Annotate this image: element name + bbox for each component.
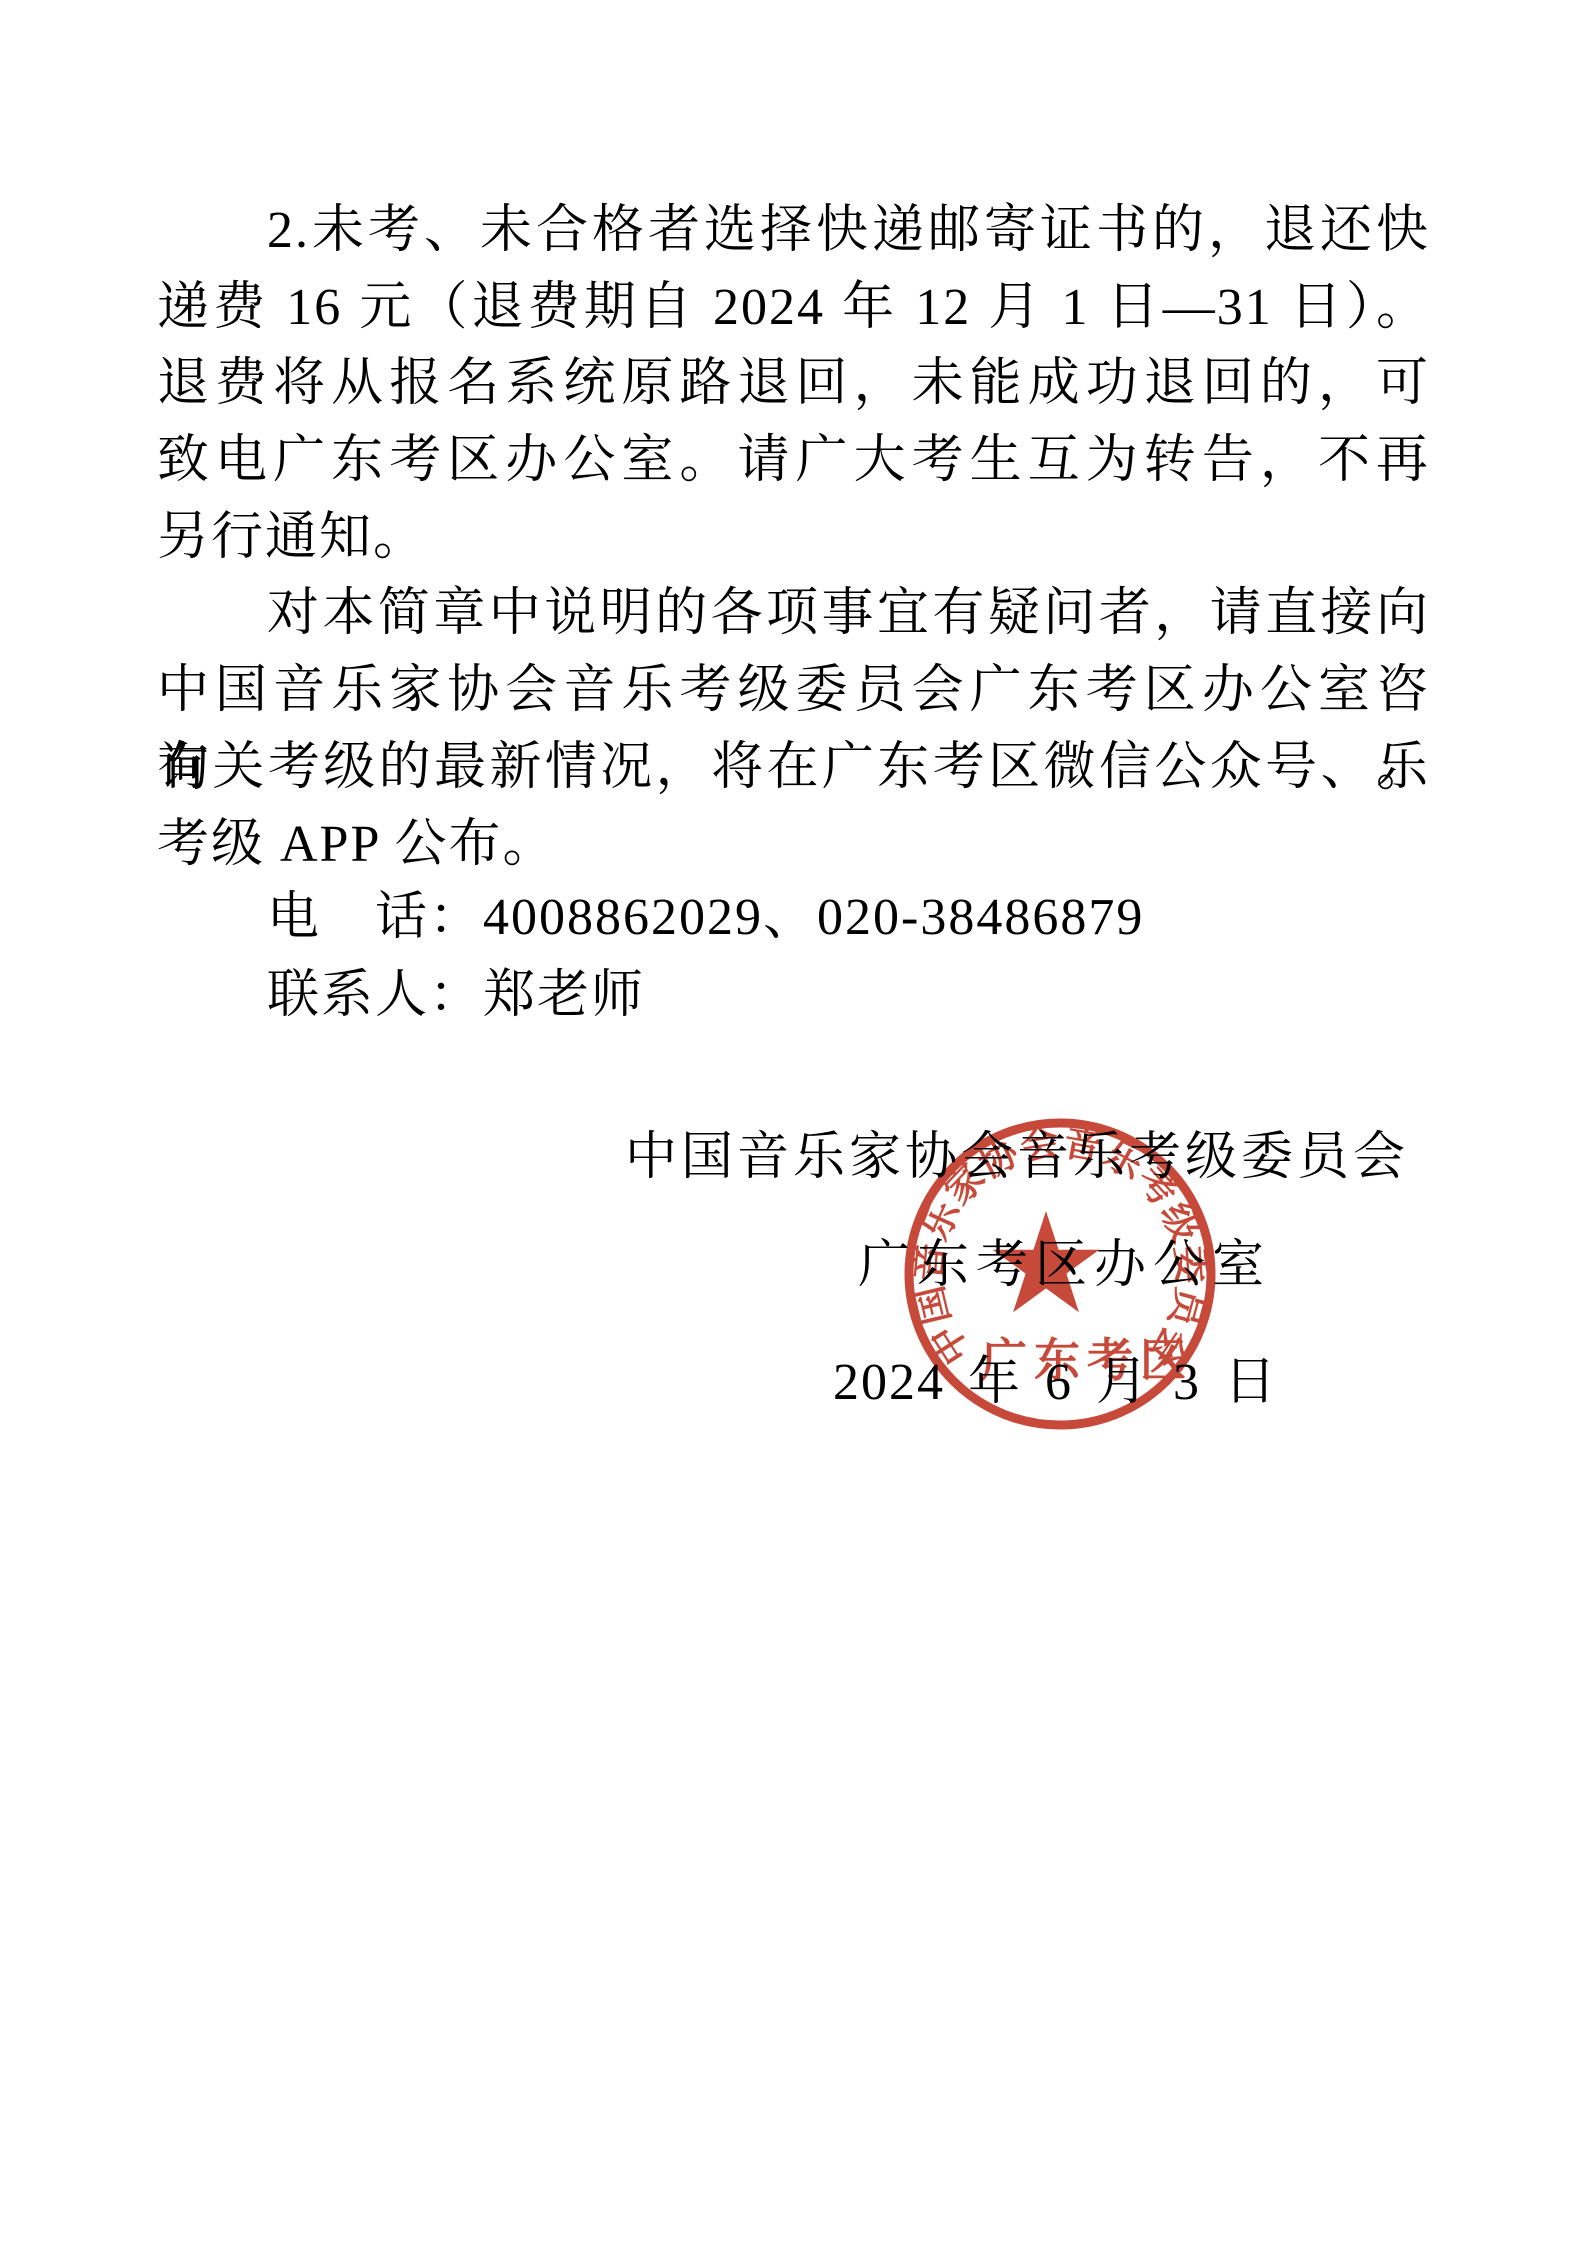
phone-line: 电 话：4008862029、020-38486879	[267, 879, 1144, 957]
body-line-9: 考级 APP 公布。	[157, 806, 1430, 884]
body-line-8: 有关考级的最新情况，将在广东考区微信公众号、乐	[157, 729, 1430, 807]
seal-bottom-text: 广东考区	[981, 1334, 1193, 1386]
official-seal: 中国音乐家协会音乐考级委员会 广东考区	[890, 1104, 1230, 1444]
body-line-2: 递费 16 元（退费期自 2024 年 12 月 1 日—31 日）。	[157, 269, 1430, 347]
seal-star-icon	[993, 1211, 1100, 1312]
document-page: 2.未考、未合格者选择快递邮寄证书的，退还快 递费 16 元（退费期自 2024…	[0, 0, 1587, 2245]
body-line-5: 另行通知。	[157, 499, 1430, 577]
body-line-3: 退费将从报名系统原路退回，未能成功退回的，可	[157, 345, 1430, 423]
body-line-1: 2.未考、未合格者选择快递邮寄证书的，退还快	[157, 192, 1430, 270]
body-line-7: 中国音乐家协会音乐考级委员会广东考区办公室咨询。	[157, 652, 1430, 730]
contact-line: 联系人：郑老师	[267, 957, 645, 1035]
body-line-6: 对本简章中说明的各项事宜有疑问者，请直接向	[157, 575, 1430, 653]
body-line-4: 致电广东考区办公室。请广大考生互为转告，不再	[157, 422, 1430, 500]
